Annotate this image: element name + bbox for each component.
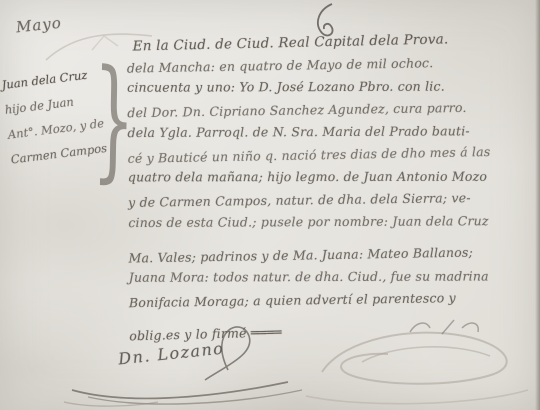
record-body: En la Ciud. de Ciud. Real Capital dela P…: [127, 32, 538, 347]
scan-edge: [535, 0, 540, 410]
record-line: cincuenta y uno: Yo D. José Lozano Pbro.…: [127, 78, 535, 102]
margin-month-label: Mayo: [15, 14, 62, 37]
record-line: cinos de esta Ciud.; pusele por nombre: …: [128, 213, 536, 238]
manuscript-page: Mayo Juan dela Cruz hijo de Juan Ant°. M…: [0, 0, 540, 410]
record-line: quatro dela mañana; hijo legmo. de Juan …: [128, 169, 536, 192]
record-line: Juana Mora: todos natur. de dha. Ciud., …: [129, 268, 537, 292]
record-line: Bonifacia Moraga; a quien advertí el par…: [129, 288, 537, 317]
